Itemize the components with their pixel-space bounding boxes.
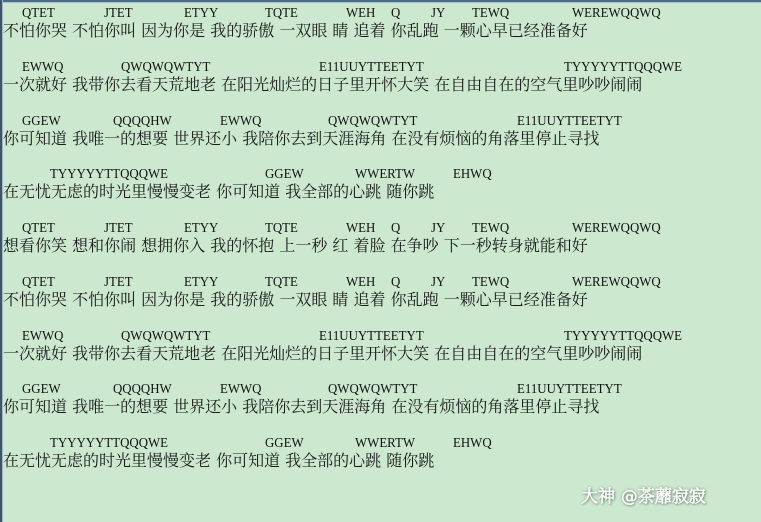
note-group: TYYYYYTTQQQWE [564,60,682,76]
lyric-block: QTET JTET ETYY TQTE WEH Q JY TEWQ WEREWQ… [3,221,761,261]
note-group: WEH [346,6,375,22]
note-group: TYYYYYTTQQQWE [564,329,682,345]
note-group: EHWQ [453,167,492,183]
note-group: WEREWQQWQ [572,6,661,22]
note-group: Q [391,6,400,22]
note-group: JY [431,6,445,22]
note-group: ETYY [184,6,218,22]
lyric-block: EWWQ QWQWQWTYT E11UUYTTEETYT TYYYYYTTQQQ… [3,60,761,100]
note-group: TQTE [265,275,298,291]
note-group: E11UUYTTEETYT [517,114,622,130]
note-group: TEWQ [472,6,509,22]
note-group: QQQQHW [113,382,172,398]
note-group: WEREWQQWQ [572,221,661,237]
note-group: TYYYYYTTQQQWE [50,167,168,183]
notes-line: GGEW QQQQHW EWWQ QWQWQWTYT E11UUYTTEETYT [3,382,761,398]
note-group: JTET [104,275,133,291]
note-group: TYYYYYTTQQQWE [50,436,168,452]
note-group: TEWQ [472,275,509,291]
lyric-line: 想看你笑 想和你闹 想拥你入 我的怀抱 上一秒 红 着脸 在争吵 下一秒转身就能… [3,236,588,256]
notes-line: TYYYYYTTQQQWE GGEW WWERTW EHWQ [3,436,761,452]
text-document[interactable]: QTET JTET ETYY TQTE WEH Q JY TEWQ WEREWQ… [3,3,761,522]
lyric-line: 不怕你哭 不怕你叫 因为你是 我的骄傲 一双眼 睛 追着 你乱跑 一颗心早已经准… [3,290,588,310]
note-group: TEWQ [472,221,509,237]
notes-line: GGEW QQQQHW EWWQ QWQWQWTYT E11UUYTTEETYT [3,114,761,130]
lyric-line: 一次就好 我带你去看天荒地老 在阳光灿烂的日子里开怀大笑 在自由自在的空气里吵吵… [3,344,642,364]
note-group: GGEW [265,436,304,452]
notes-line: QTET JTET ETYY TQTE WEH Q JY TEWQ WEREWQ… [3,6,761,22]
note-group: TQTE [265,221,298,237]
note-group: ETYY [184,221,218,237]
lyric-block: GGEW QQQQHW EWWQ QWQWQWTYT E11UUYTTEETYT… [3,382,761,422]
note-group: E11UUYTTEETYT [319,60,424,76]
note-group: WWERTW [355,436,415,452]
lyric-line: 一次就好 我带你去看天荒地老 在阳光灿烂的日子里开怀大笑 在自由自在的空气里吵吵… [3,75,642,95]
lyric-block: EWWQ QWQWQWTYT E11UUYTTEETYT TYYYYYTTQQQ… [3,329,761,369]
note-group: E11UUYTTEETYT [517,382,622,398]
notes-line: EWWQ QWQWQWTYT E11UUYTTEETYT TYYYYYTTQQQ… [3,329,761,345]
note-group: QQQQHW [113,114,172,130]
lyric-line: 在无忧无虑的时光里慢慢变老 你可知道 我全部的心跳 随你跳 [3,451,434,471]
note-group: QTET [22,275,55,291]
note-group: JTET [104,221,133,237]
note-group: JY [431,221,445,237]
note-group: GGEW [265,167,304,183]
note-group: WEH [346,221,375,237]
lyric-block: GGEW QQQQHW EWWQ QWQWQWTYT E11UUYTTEETYT… [3,114,761,154]
note-group: WWERTW [355,167,415,183]
lyric-line: 你可知道 我唯一的想要 世界还小 我陪你去到天涯海角 在没有烦恼的角落里停止寻找 [3,129,599,149]
note-group: EWWQ [220,382,261,398]
note-group: GGEW [22,382,61,398]
note-group: TQTE [265,6,298,22]
note-group: GGEW [22,114,61,130]
lyric-block: QTET JTET ETYY TQTE WEH Q JY TEWQ WEREWQ… [3,275,761,315]
note-group: QWQWQWTYT [121,329,210,345]
lyric-line: 你可知道 我唯一的想要 世界还小 我陪你去到天涯海角 在没有烦恼的角落里停止寻找 [3,397,599,417]
note-group: QTET [22,221,55,237]
notes-line: EWWQ QWQWQWTYT E11UUYTTEETYT TYYYYYTTQQQ… [3,60,761,76]
lyric-block: TYYYYYTTQQQWE GGEW WWERTW EHWQ 在无忧无虑的时光里… [3,436,761,476]
note-group: ETYY [184,275,218,291]
note-group: WEREWQQWQ [572,275,661,291]
lyric-line: 在无忧无虑的时光里慢慢变老 你可知道 我全部的心跳 随你跳 [3,182,434,202]
note-group: QWQWQWTYT [121,60,210,76]
notes-line: QTET JTET ETYY TQTE WEH Q JY TEWQ WEREWQ… [3,221,761,237]
notes-line: TYYYYYTTQQQWE GGEW WWERTW EHWQ [3,167,761,183]
note-group: EWWQ [220,114,261,130]
note-group: E11UUYTTEETYT [319,329,424,345]
note-group: JTET [104,6,133,22]
notes-line: QTET JTET ETYY TQTE WEH Q JY TEWQ WEREWQ… [3,275,761,291]
watermark: 大神 @茶蘼寂寂 [581,482,706,507]
note-group: EWWQ [22,329,63,345]
lyric-block: QTET JTET ETYY TQTE WEH Q JY TEWQ WEREWQ… [3,6,761,46]
note-group: EHWQ [453,436,492,452]
note-group: QWQWQWTYT [328,382,417,398]
lyric-block: TYYYYYTTQQQWE GGEW WWERTW EHWQ 在无忧无虑的时光里… [3,167,761,207]
note-group: JY [431,275,445,291]
note-group: Q [391,275,400,291]
note-group: QWQWQWTYT [328,114,417,130]
lyric-line: 不怕你哭 不怕你叫 因为你是 我的骄傲 一双眼 睛 追着 你乱跑 一颗心早已经准… [3,21,588,41]
note-group: WEH [346,275,375,291]
note-group: Q [391,221,400,237]
note-group: EWWQ [22,60,63,76]
note-group: QTET [22,6,55,22]
